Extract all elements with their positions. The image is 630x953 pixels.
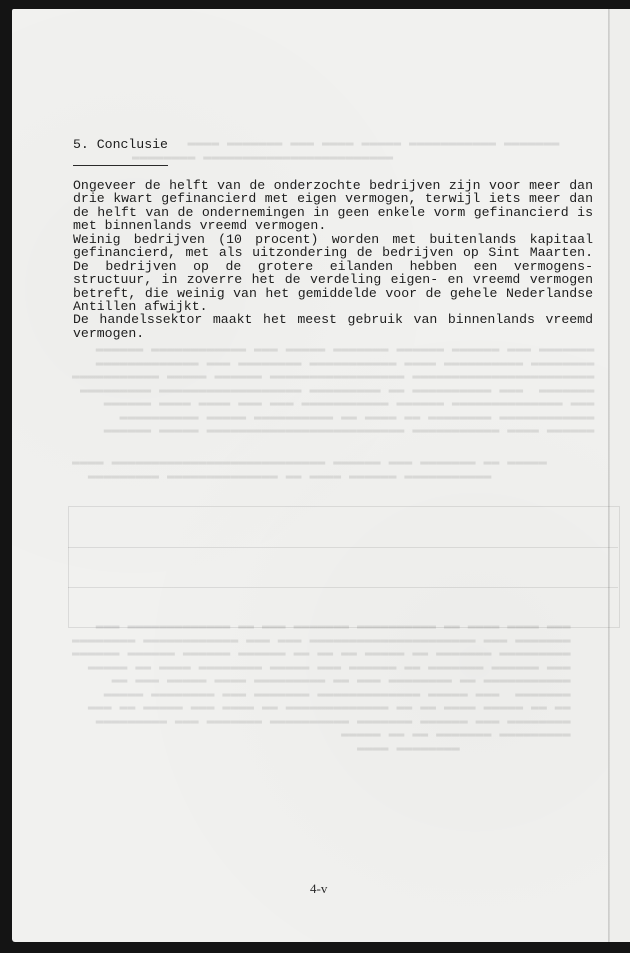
paragraph-line: De bedrijven op de grotere eilanden hebb… xyxy=(73,260,593,273)
page-number: 4-v xyxy=(310,881,327,897)
paragraph-line: Antillen afwijkt. xyxy=(73,300,593,313)
conclusion-paragraph: Ongeveer de helft van de onderzochte bed… xyxy=(73,179,593,340)
show-through-texture: ▬▬▬▬▬ ▬▬ ▬▬▬▬▬▬▬ ▬▬▬ ▬▬▬▬▬▬ ▬▬▬▬▬▬▬▬▬▬▬▬… xyxy=(72,455,547,482)
facing-page-edge xyxy=(610,9,630,942)
show-through-table xyxy=(68,506,620,628)
section-heading: 5. Conclusie xyxy=(73,137,168,152)
show-through-texture: ▬▬▬▬▬▬▬ ▬▬▬▬▬▬▬▬▬▬▬ ▬▬▬▬▬ ▬▬▬▬ ▬▬▬ ▬▬▬▬▬… xyxy=(132,136,559,163)
show-through-texture: ▬▬▬ ▬▬▬▬ ▬▬▬▬ ▬▬ ▬▬▬▬▬▬▬▬▬▬ ▬▬▬▬▬▬▬ ▬▬▬ … xyxy=(72,619,571,754)
paragraph-line: betreft, die weinig van het gemiddelde v… xyxy=(73,287,593,300)
paragraph-line: Weinig bedrijven (10 procent) worden met… xyxy=(73,233,593,246)
show-through-texture: ▬▬▬▬▬▬▬ ▬▬▬ ▬▬▬▬▬▬ ▬▬▬▬▬▬ ▬▬▬▬▬▬▬ ▬▬▬▬▬ … xyxy=(72,342,594,437)
paragraph-line: gefinancierd, met als uitzondering de be… xyxy=(73,246,593,259)
document-page: ▬▬▬▬▬▬▬ ▬▬▬▬▬▬▬▬▬▬▬ ▬▬▬▬▬ ▬▬▬▬ ▬▬▬ ▬▬▬▬▬… xyxy=(12,9,630,942)
heading-underline xyxy=(73,165,168,166)
paragraph-line: structuur, in zoverre het de verdeling e… xyxy=(73,273,593,286)
paragraph-line: De handelssektor maakt het meest gebruik… xyxy=(73,313,593,326)
paragraph-line: drie kwart gefinancierd met eigen vermog… xyxy=(73,192,593,205)
paragraph-line: met binnenlands vreemd vermogen. xyxy=(73,219,593,232)
show-through-table-rule xyxy=(68,547,618,548)
paragraph-line: de helft van de ondernemingen in geen en… xyxy=(73,206,593,219)
paragraph-line: vermogen. xyxy=(73,327,593,340)
show-through-table-rule xyxy=(68,587,618,588)
paragraph-line: Ongeveer de helft van de onderzochte bed… xyxy=(73,179,593,192)
